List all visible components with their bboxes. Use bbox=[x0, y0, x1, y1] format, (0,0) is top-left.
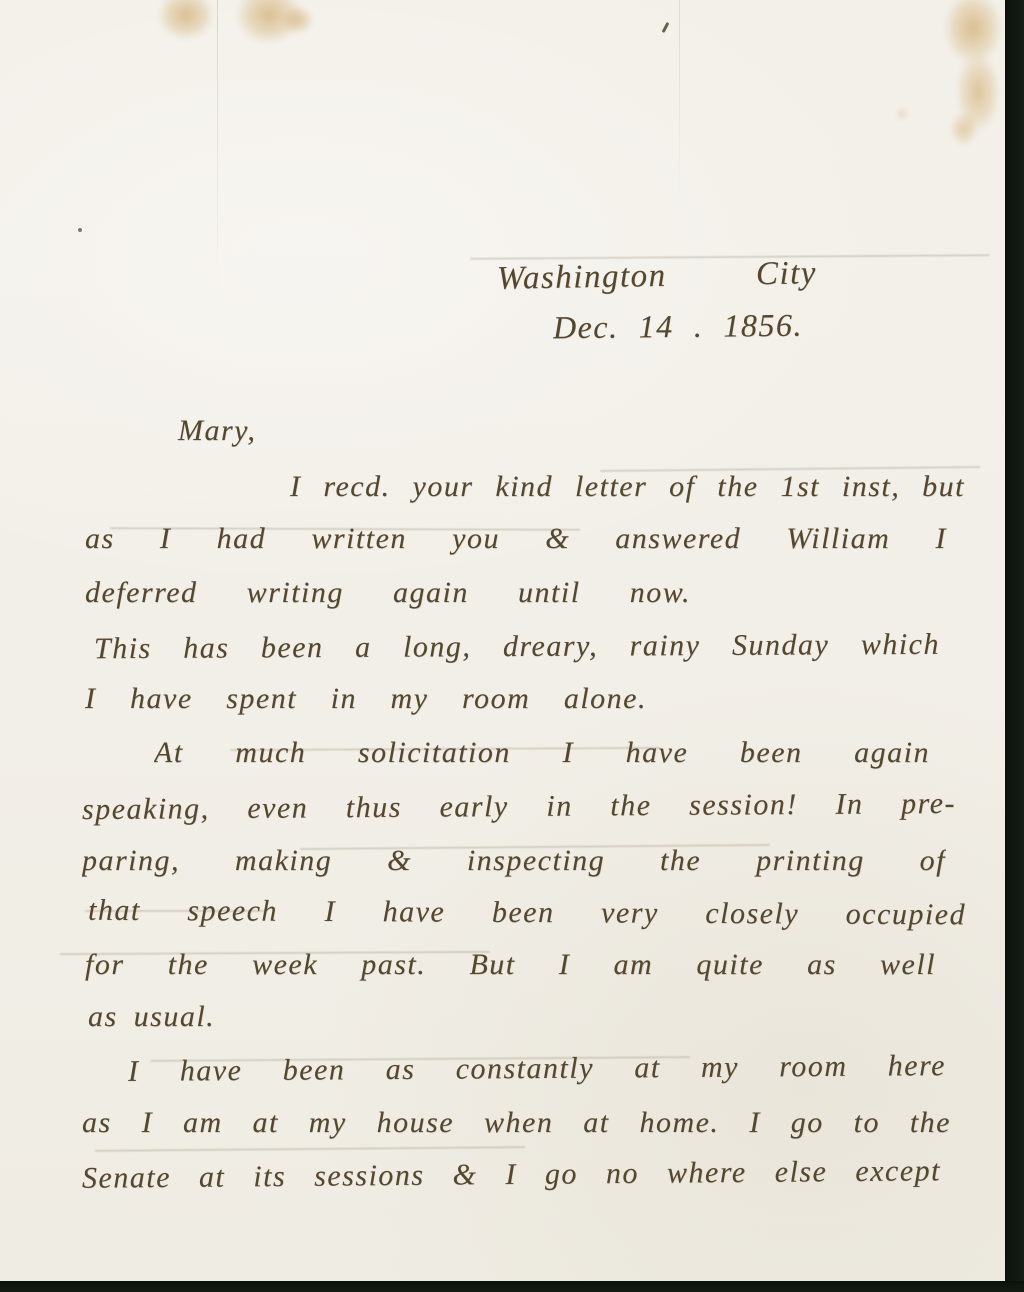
letter-line: paring, making & inspecting the printing… bbox=[82, 844, 946, 890]
letter-line: This has been a long, dreary, rainy Sund… bbox=[94, 628, 940, 678]
ink-mark bbox=[662, 22, 670, 33]
foxing-stain bbox=[158, 0, 214, 40]
letter-line: Senate at its sessions & I go no where e… bbox=[82, 1154, 941, 1207]
heading-date: Dec. 14 . 1856. bbox=[553, 307, 803, 356]
letter-paper: Washington City Dec. 14 . 1856. Mary, I … bbox=[0, 0, 1006, 1282]
foxing-stain bbox=[282, 6, 314, 34]
letter-line: as I am at my house when at home. I go t… bbox=[82, 1106, 951, 1152]
scanned-letter: Washington City Dec. 14 . 1856. Mary, I … bbox=[0, 0, 1024, 1292]
letter-line: I have been as constantly at my room her… bbox=[128, 1049, 946, 1101]
letter-line: as usual. bbox=[88, 1000, 215, 1034]
fold-crease bbox=[217, 0, 218, 300]
letter-line: At much solicitation I have been again bbox=[154, 736, 930, 782]
letter-line: I have spent in my room alone. bbox=[85, 682, 647, 728]
letter-line: as I had written you & answered William … bbox=[85, 522, 947, 568]
salutation: Mary, bbox=[178, 414, 256, 448]
mount-background-right bbox=[1005, 0, 1024, 1292]
foxing-stain bbox=[950, 112, 978, 146]
letter-line: I recd. your kind letter of the 1st inst… bbox=[290, 470, 965, 516]
ink-speck bbox=[78, 228, 82, 232]
foxing-stain bbox=[896, 108, 908, 120]
heading-place: Washington City bbox=[497, 255, 818, 307]
fold-crease bbox=[679, 0, 680, 200]
letter-line: speaking, even thus early in the session… bbox=[82, 787, 956, 839]
letter-line: deferred writing again until now. bbox=[85, 576, 691, 622]
letter-line: for the week past. But I am quite as wel… bbox=[85, 948, 936, 994]
mount-background-bottom bbox=[0, 1281, 1024, 1292]
letter-line: that speech I have been very closely occ… bbox=[88, 894, 966, 945]
